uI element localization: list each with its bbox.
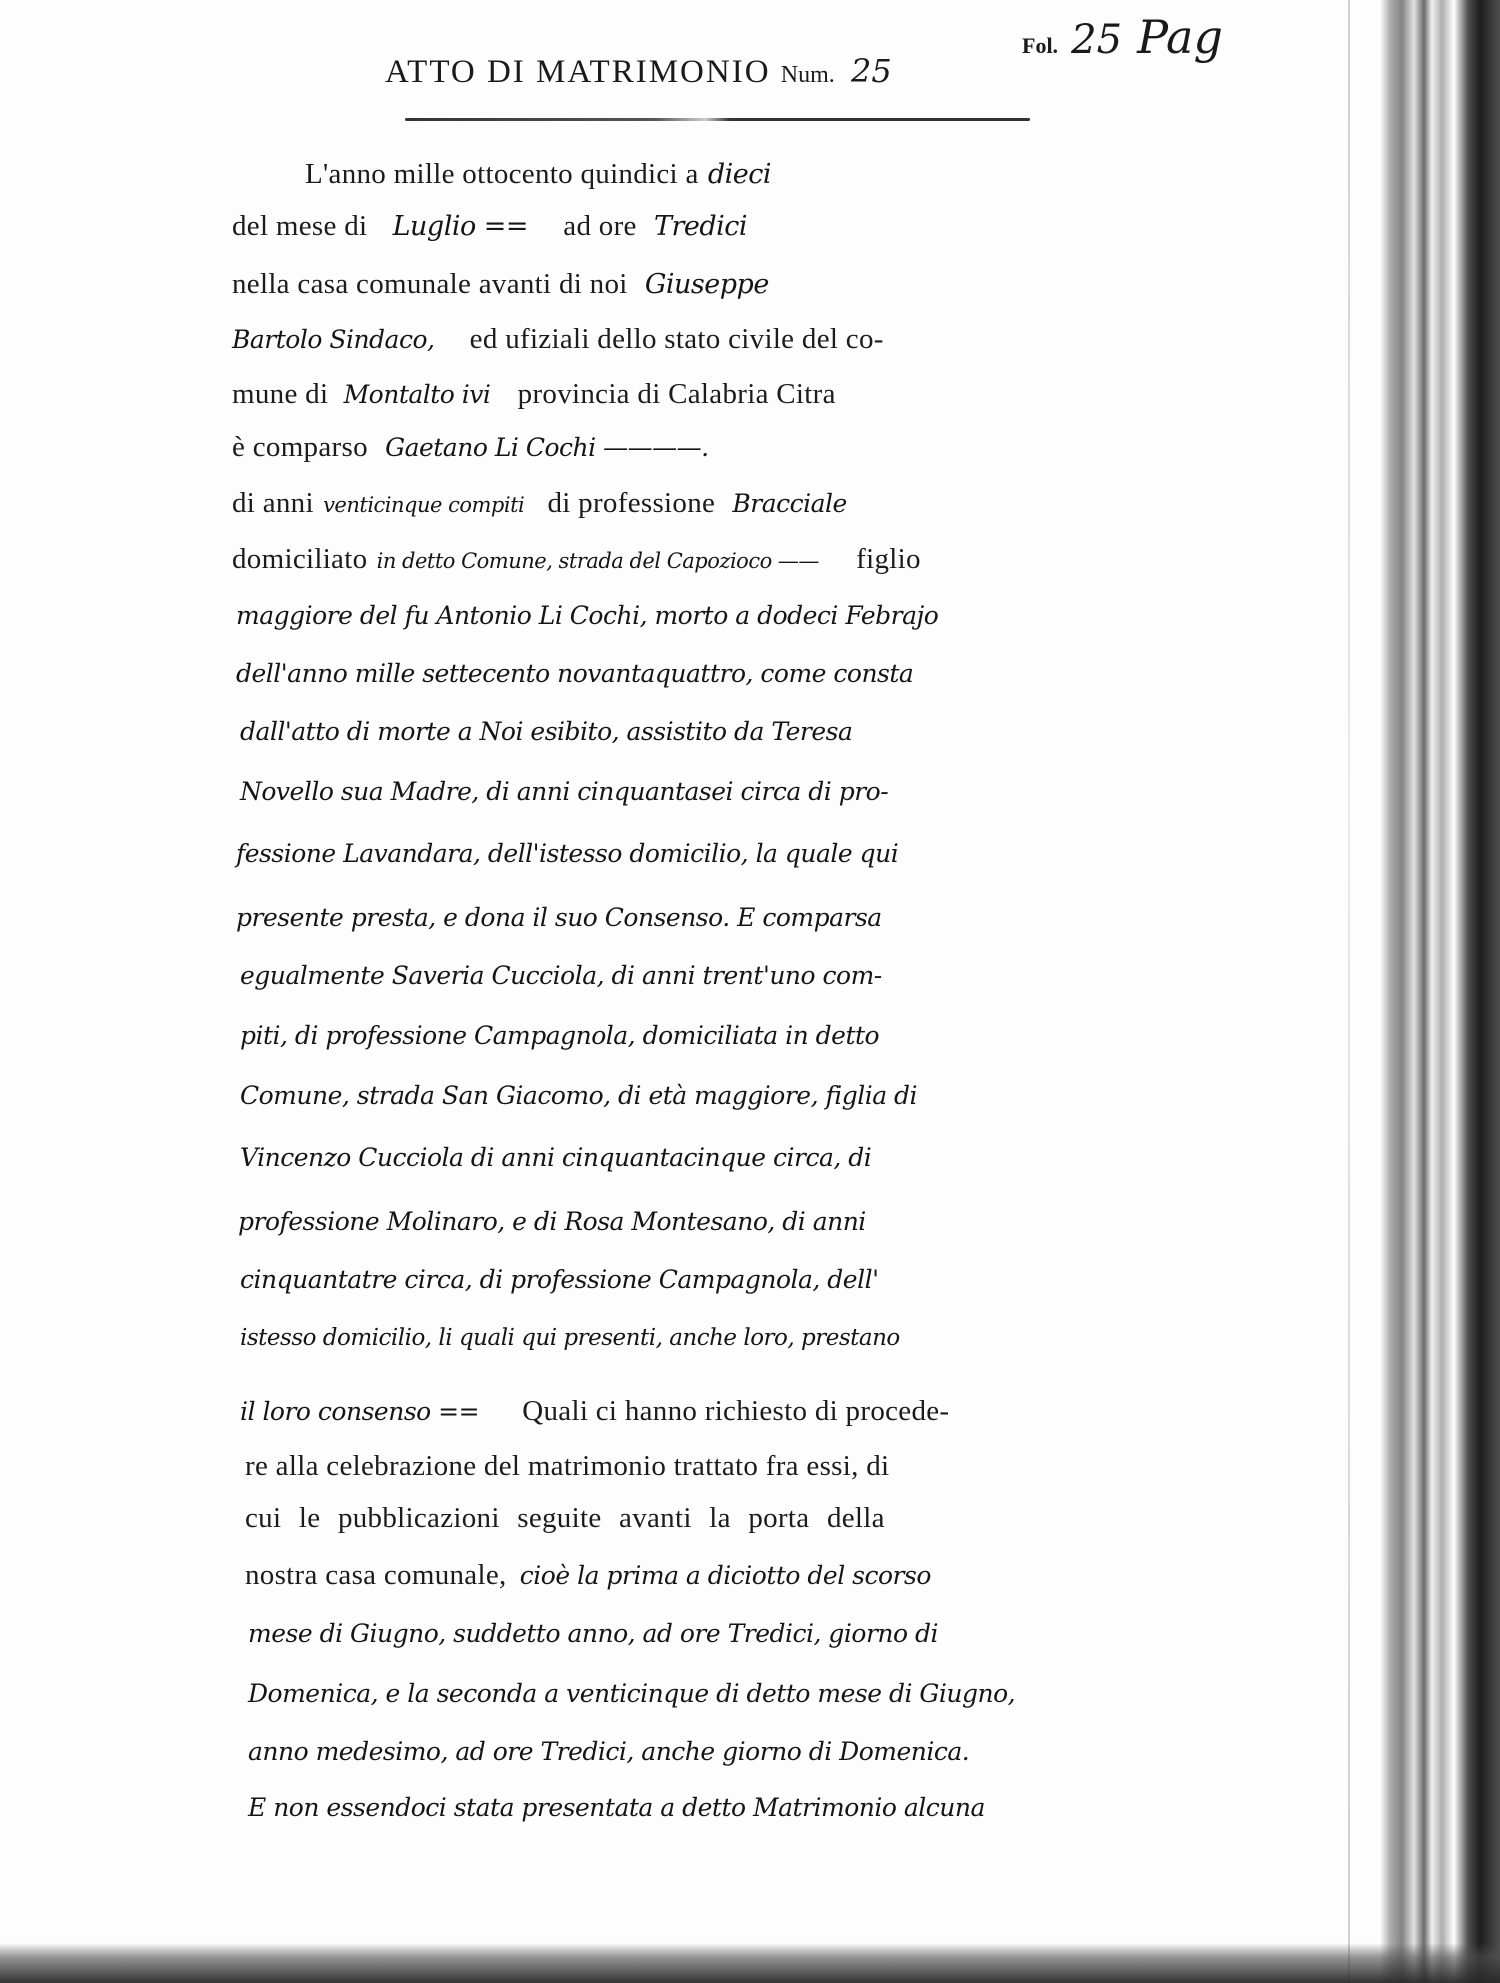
printed-text: del mese di [232, 210, 367, 242]
act-number: 25 [851, 52, 892, 90]
document-title: ATTO DI MATRIMONIO Num. 25 [385, 52, 892, 91]
title-text: ATTO DI MATRIMONIO [385, 54, 771, 90]
handwritten-line: Vincenzo Cucciola di anni cinquantacinqu… [240, 1140, 871, 1176]
printed-text: di anni [232, 487, 314, 519]
record-line: nostra casa comunale, cioè la prima a di… [245, 1556, 931, 1594]
handwritten-line: dall'atto di morte a Noi esibito, assist… [240, 714, 852, 750]
handwritten-groom-name: Gaetano Li Cochi ————. [385, 433, 708, 462]
record-line: di anni venticinque compiti di professio… [232, 484, 847, 523]
page-fold-line [1348, 0, 1350, 1983]
handwritten-line: Comune, strada San Giacomo, di età maggi… [240, 1078, 917, 1114]
handwritten-line: Novello sua Madre, di anni cinquantasei … [240, 774, 888, 810]
handwritten-publication-date: cioè la prima a diciotto del scorso [520, 1561, 931, 1590]
handwritten-line: presente presta, e dona il suo Consenso.… [236, 900, 882, 936]
handwritten-line: Domenica, e la seconda a venticinque di … [248, 1676, 1015, 1712]
handwritten-line: maggiore del fu Antonio Li Cochi, morto … [236, 598, 938, 634]
handwritten-line: cinquantatre circa, di professione Campa… [240, 1262, 878, 1298]
record-line: è comparso Gaetano Li Cochi ————. [232, 428, 709, 466]
printed-text: L'anno mille ottocento quindici a [305, 158, 699, 190]
folio-label: Fol. [1022, 33, 1058, 58]
handwritten-groom-profession: Bracciale [732, 489, 846, 518]
page-bottom-shadow [0, 1943, 1500, 1983]
handwritten-month: Luglio == [393, 211, 528, 242]
handwritten-groom-age: venticinque compiti [323, 493, 524, 517]
document-page: Fol. 25 Pag ATTO DI MATRIMONIO Num. 25 L… [0, 0, 1500, 1983]
handwritten-line: egualmente Saveria Cucciola, di anni tre… [240, 958, 882, 994]
printed-text: figlio [856, 543, 921, 575]
handwritten-line: anno medesimo, ad ore Tredici, anche gio… [248, 1734, 969, 1770]
handwritten-hour: Tredici [654, 211, 747, 242]
printed-text: domiciliato [232, 543, 367, 575]
handwritten-officer-title: Bartolo Sindaco, [232, 325, 434, 354]
record-line: mune di Montalto ivi provincia di Calabr… [232, 375, 836, 413]
printed-line: cui le pubblicazioni seguite avanti la p… [245, 1500, 885, 1536]
handwritten-line: piti, di professione Campagnola, domicil… [240, 1018, 879, 1054]
record-line: domiciliato in detto Comune, strada del … [232, 540, 921, 579]
printed-text: ad ore [563, 210, 636, 242]
printed-text: mune di [232, 378, 328, 410]
handwritten-line: istesso domicilio, li quali qui presenti… [240, 1320, 900, 1356]
folio-annotation: Fol. 25 Pag [1022, 10, 1223, 64]
handwritten-day: dieci [708, 159, 771, 190]
record-line: nella casa comunale avanti di noi Giusep… [232, 265, 769, 303]
number-label: Num. [781, 62, 835, 88]
book-binding-edge [1380, 0, 1500, 1983]
folio-note: Pag [1137, 10, 1223, 64]
printed-text: Quali ci hanno richiesto di procede- [522, 1395, 949, 1427]
record-line: Bartolo Sindaco, ed ufiziali dello stato… [232, 320, 884, 358]
title-underline-rule [405, 118, 1030, 121]
handwritten-line: fessione Lavandara, dell'istesso domicil… [236, 836, 898, 872]
printed-text: nella casa comunale avanti di noi [232, 268, 628, 300]
record-line: L'anno mille ottocento quindici a dieci [305, 155, 771, 193]
handwritten-line: professione Molinaro, e di Rosa Montesan… [238, 1204, 866, 1240]
record-line: del mese di Luglio == ad ore Tredici [232, 207, 747, 245]
folio-number: 25 [1071, 17, 1122, 63]
printed-text: nostra casa comunale, [245, 1559, 507, 1591]
handwritten-consent: il loro consenso == [240, 1397, 479, 1426]
record-line: il loro consenso == Quali ci hanno richi… [240, 1392, 949, 1430]
printed-text: provincia di Calabria Citra [518, 378, 836, 410]
printed-text: ed ufiziali dello stato civile del co- [470, 323, 884, 355]
handwritten-line: mese di Giugno, suddetto anno, ad ore Tr… [248, 1616, 938, 1652]
handwritten-line: E non essendoci stata presentata a detto… [248, 1790, 985, 1826]
handwritten-comune: Montalto ivi [344, 380, 491, 409]
printed-text: è comparso [232, 431, 368, 463]
handwritten-groom-domicile: in detto Comune, strada del Capozioco —— [377, 549, 819, 573]
printed-line: re alla celebrazione del matrimonio trat… [245, 1448, 889, 1484]
printed-text: di professione [547, 487, 715, 519]
handwritten-officer-name: Giuseppe [645, 269, 769, 300]
handwritten-line: dell'anno mille settecento novantaquattr… [236, 656, 913, 692]
